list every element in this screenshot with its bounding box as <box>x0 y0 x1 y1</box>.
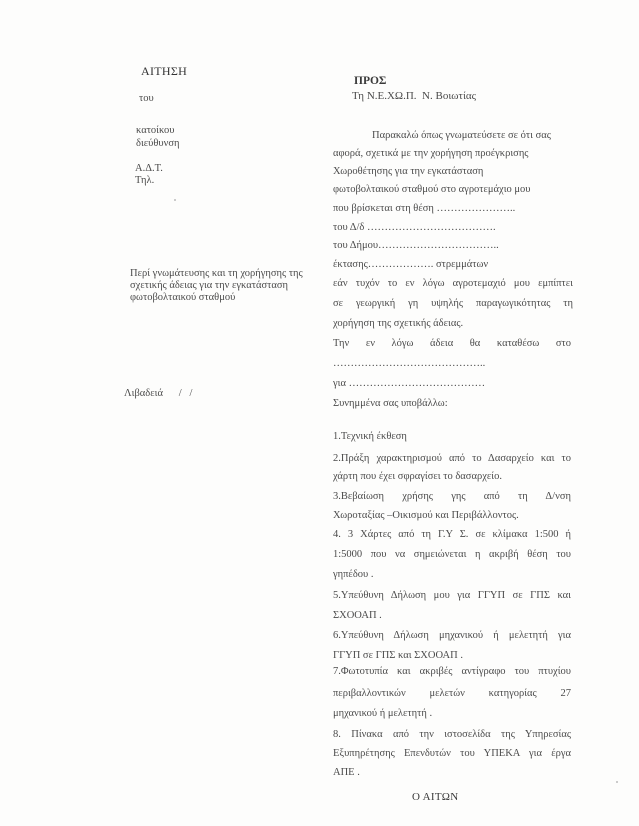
attachment-item-8-line: Εξυπηρέτησης Επενδυτών του ΥΠΕΚΑ για έργ… <box>333 748 571 759</box>
body-line: σε γεωργική γη υψηλής παραγωγικότητας τη <box>333 298 573 309</box>
body-line: φωτοβολταικού σταθμού στο αγροτεμάχιο μο… <box>333 184 531 195</box>
body-line: Την εν λόγω άδεια θα καταθέσω στο <box>333 338 571 349</box>
body-line: που βρίσκεται στη θέση ………………….. <box>333 203 515 214</box>
signature-label: Ο ΑΙΤΩΝ <box>412 791 458 803</box>
attachment-item-7-line: 7.Φωτοτυπία και ακριβές αντίγραφο του πτ… <box>333 666 571 677</box>
attachment-item-6-line: ΓΓΥΠ σε ΓΠΣ και ΣΧΟΟΑΠ . <box>333 650 463 661</box>
attachment-item-2-line: χάρτη που έχει σφραγίσει το δασαρχείο. <box>333 471 502 482</box>
attachment-item-3-line: Χωροταξίας –Οικισμού και Περιβάλλοντος. <box>333 510 519 521</box>
attachment-item-7-line: μηχανικού ή μελετητή . <box>333 708 432 719</box>
attachment-item-3-line: 3.Βεβαίωση χρήσης γης από τη Δ/νση <box>333 491 571 502</box>
body-line: χορήγηση της σχετικής άδειας. <box>333 318 463 329</box>
body-line: …………………………………….. <box>333 358 485 369</box>
subject-line-2: σχετικής άδειας για την εγκατάσταση <box>130 280 288 292</box>
body-line: του Δ/δ ………………………………. <box>333 222 496 233</box>
body-line: εάν τυχόν το εν λόγω αγροτεμαχιό μου εμπ… <box>333 278 573 289</box>
scan-speck <box>174 199 176 201</box>
attachment-item-7-line: περιβαλλοντικών μελετών κατηγορίας 27 <box>333 688 571 699</box>
body-line: του Δήμου…………………………….. <box>333 240 499 251</box>
attachment-item-8-line: 8. Πίνακα από την ιστοσελίδα της Υπηρεσί… <box>333 729 571 740</box>
to-heading: ΠΡΟΣ <box>354 75 386 87</box>
label-phone: Τηλ. <box>135 175 154 187</box>
attachment-item-5-line: ΣΧΟΟΑΠ . <box>333 610 382 621</box>
attachment-item-6-line: 6.Υπεύθυνη Δήλωση μηχανικού ή μελετητή γ… <box>333 630 571 641</box>
scan-speck <box>566 281 568 283</box>
attachment-item-4-line: 4. 3 Χάρτες από τη Γ.Υ Σ. σε κλίμακα 1:5… <box>333 529 571 540</box>
body-line: για ………………………………… <box>333 378 485 389</box>
body-line: Χωροθέτησης για την εγκατάσταση <box>333 166 483 177</box>
body-line: Παρακαλώ όπως γνωματεύσετε σε ότι σας <box>372 130 551 141</box>
body-line: αφορά, σχετικά με την χορήγηση προέγκρισ… <box>333 148 528 159</box>
label-katoikou: κατοίκου <box>136 125 175 137</box>
attachment-item-5-line: 5.Υπεύθυνη Δήλωση μου για ΓΓΥΠ σε ΓΠΣ κα… <box>333 590 571 601</box>
attachment-item-4-line: 1:5000 που να σημειώνεται η ακριβή θέση … <box>333 549 571 560</box>
place-date: Λιβαδειά / / <box>124 388 192 400</box>
body-line: έκτασης………………. στρεμμάτων <box>333 259 488 270</box>
scan-speck <box>616 781 618 783</box>
attachment-item-2-line: 2.Πράξη χαρακτηρισμού από το Δασαρχείο κ… <box>333 453 571 464</box>
attachment-item-4-line: γηπέδου . <box>333 569 374 580</box>
label-adt: Α.Δ.Τ. <box>135 163 163 175</box>
body-line: Συνημμένα σας υποβάλλω: <box>333 398 448 409</box>
label-tou: του <box>139 93 154 105</box>
subject-line-3: φωτοβολταικού σταθμού <box>130 292 235 304</box>
attachment-item-8-line: ΑΠΕ . <box>333 767 360 778</box>
document-title: ΑΙΤΗΣΗ <box>141 64 187 79</box>
recipient: Τη Ν.Ε.ΧΩ.Π. Ν. Βοιωτίας <box>352 90 476 102</box>
label-dieuthynsi: διεύθυνση <box>136 138 180 150</box>
subject-line-1: Περί γνωμάτευσης και τη χορήγησης της <box>130 268 303 280</box>
attachment-item-1-line: 1.Τεχνική έκθεση <box>333 431 407 442</box>
